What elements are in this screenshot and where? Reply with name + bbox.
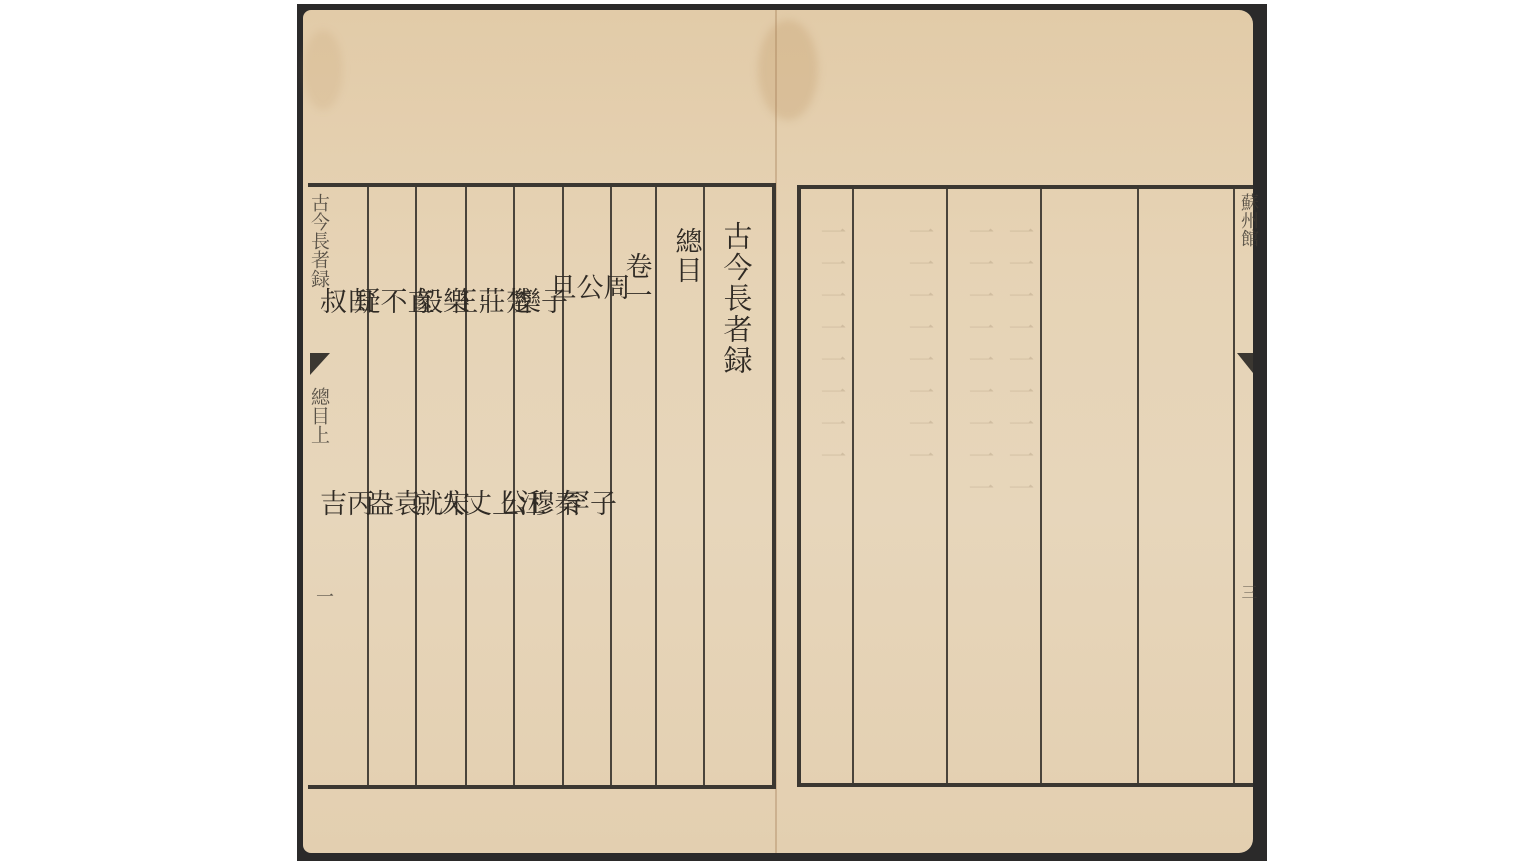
book-title: 古今長者録 [722,221,751,376]
right-margin-heading: 蘇州館 [1235,193,1261,247]
bleed-through-text: 一一一一一一一一一 [1001,219,1038,507]
column-rule [946,189,948,783]
entry-name: 田叔 [317,287,371,316]
left-page-frame: 古今長者録 總目上 一 古今長者録 總目 卷一 周公旦 子罕 子欒 秦穆公 [308,183,776,789]
column-rule [367,187,369,785]
right-margin-page: 三 [1237,584,1260,600]
left-margin-page: 一 [310,587,336,605]
left-margin-heading: 古今長者録 [306,193,333,288]
column-rule [1040,189,1042,783]
fish-tail-mark [1237,353,1253,373]
column-rule [513,187,515,785]
book-spread: 古今長者録 總目上 一 古今長者録 總目 卷一 周公旦 子罕 子欒 秦穆公 [303,10,1253,853]
entry-name: 丙吉 [317,489,371,518]
bleed-through-text: 一一一一一一一一一 [961,219,998,507]
section-column: 總目 [663,187,709,285]
fish-tail-mark [310,353,330,375]
column-rule [415,187,417,785]
book-title-column: 古今長者録 [713,187,759,376]
entry-name: 宋就 [413,489,467,518]
water-stain [303,30,343,110]
section-heading: 總目 [673,227,700,285]
column-rule [852,189,854,783]
column-rule [465,187,467,785]
water-stain [758,20,818,120]
bleed-through-text: 一一一一一一一一 [901,219,938,475]
column-rule [1137,189,1139,783]
right-page-frame: 一一一一一一一一 一一一一一一一一 一一一一一一一一一 一一一一一一一一一 蘇州… [797,185,1253,787]
column-rule [1233,189,1235,783]
bleed-through-text: 一一一一一一一一 [813,219,850,475]
left-margin-sub: 總目上 [306,387,333,444]
